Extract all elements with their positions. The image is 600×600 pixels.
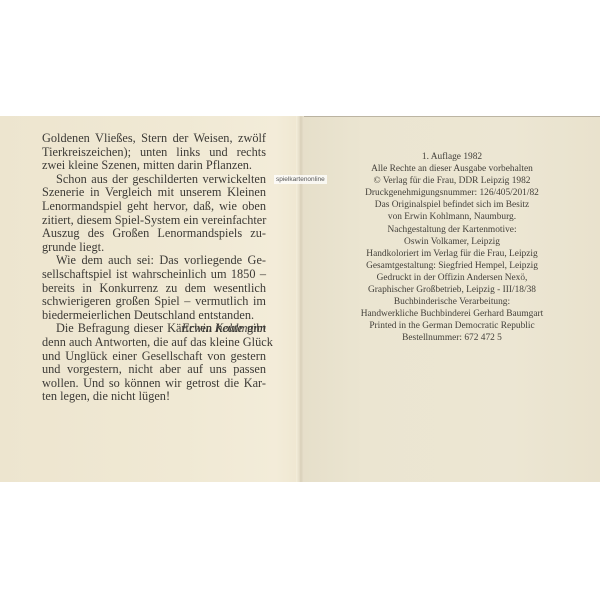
- imprint-line: Druckgenehmigungsnummer: 126/405/201/82: [304, 187, 600, 199]
- body-text: Goldenen Vließes, Stern der Weisen, zwöl…: [42, 132, 266, 404]
- imprint-line: Gedruckt in der Offizin Andersen Nexö,: [304, 272, 600, 284]
- book-spread: Goldenen Vließes, Stern der Weisen, zwöl…: [0, 116, 600, 482]
- imprint-line: Gesamtgestaltung: Siegfried Hempel, Leip…: [304, 260, 600, 272]
- imprint-line: Das Originalspiel befindet sich im Besit…: [304, 199, 600, 211]
- imprint-line: Printed in the German Democratic Republi…: [304, 320, 600, 332]
- page-edge-shadow: [304, 116, 600, 117]
- imprint-line: Oswin Volkamer, Leipzig: [304, 236, 600, 248]
- watermark: spielkartenonline: [274, 175, 327, 184]
- author-signature: Erwin Kohlmann: [42, 321, 266, 336]
- text-line: und Unglück einer Gesellschaft von geste…: [42, 350, 266, 364]
- text-line: Lenormandspiel geht hervor, daß, wie obe…: [42, 200, 266, 214]
- text-line: bereits in Konkurrenz zu dem wesentlich: [42, 282, 266, 296]
- text-line: Schon aus der geschilderten verwickelten: [42, 173, 266, 187]
- text-line: sellschaftspiel ist wahrscheinlich um 18…: [42, 268, 266, 282]
- text-line: zwei kleine Szenen, mitten darin Pflanze…: [42, 159, 266, 173]
- imprint-line: Handwerkliche Buchbinderei Gerhard Baumg…: [304, 308, 600, 320]
- imprint-line: 1. Auflage 1982: [304, 151, 600, 163]
- text-line: Wie dem auch sei: Das vorliegende Ge-: [42, 254, 266, 268]
- text-line: zitiert, diesem Spiel-System ein vereinf…: [42, 214, 266, 228]
- book-spine: [296, 116, 304, 482]
- imprint-line: Bestellnummer: 672 472 5: [304, 332, 600, 344]
- text-line: ten legen, die nicht lügen!: [42, 390, 266, 404]
- text-line: Auszug des Großen Lenormandspiels zu-: [42, 227, 266, 241]
- text-line: denn auch Antworten, die auf das kleine …: [42, 336, 266, 350]
- text-line: Szenerie in Vergleich mit unserem Kleine…: [42, 186, 266, 200]
- imprint-colophon: 1. Auflage 1982Alle Rechte an dieser Aus…: [304, 151, 600, 345]
- text-line: Tierkreiszeichen); unten links und recht…: [42, 146, 266, 160]
- text-line: Goldenen Vließes, Stern der Weisen, zwöl…: [42, 132, 266, 146]
- imprint-line: Handkoloriert im Verlag für die Frau, Le…: [304, 248, 600, 260]
- text-line: schwierigeren großen Spiel – vermutlich …: [42, 295, 266, 309]
- imprint-line: © Verlag für die Frau, DDR Leipzig 1982: [304, 175, 600, 187]
- text-line: grunde liegt.: [42, 241, 266, 255]
- text-line: wollen. Und so können wir getrost die Ka…: [42, 377, 266, 391]
- text-line: und vorgestern, nicht aber auf uns passe…: [42, 363, 266, 377]
- imprint-line: Nachgestaltung der Kartenmotive:: [304, 224, 600, 236]
- imprint-line: Alle Rechte an dieser Ausgabe vorbehalte…: [304, 163, 600, 175]
- imprint-line: Graphischer Großbetrieb, Leipzig - III/1…: [304, 284, 600, 296]
- imprint-line: von Erwin Kohlmann, Naumburg.: [304, 211, 600, 223]
- imprint-line: Buchbinderische Verarbeitung:: [304, 296, 600, 308]
